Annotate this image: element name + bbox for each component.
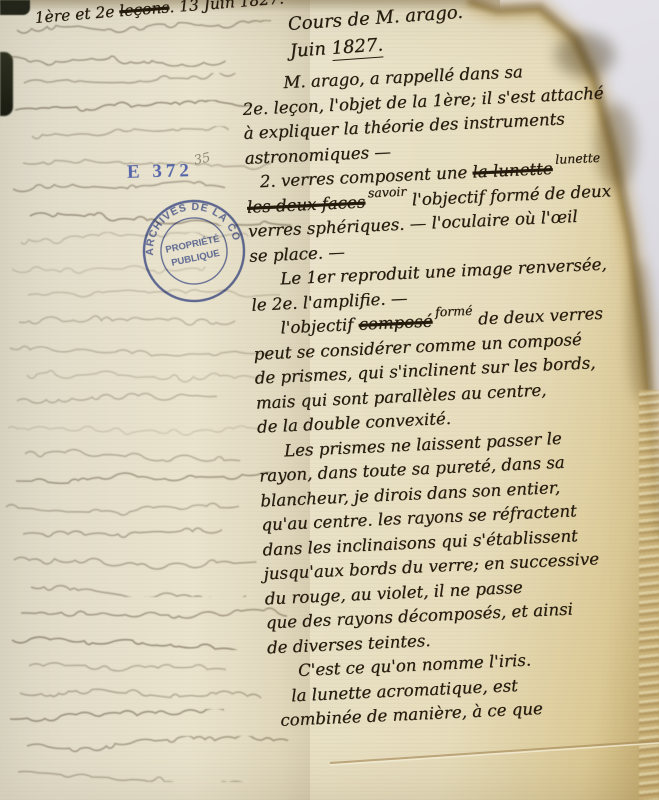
struck-word: la lunette [472,159,553,182]
bleed-line [12,550,263,570]
bleed-line [25,736,292,756]
interline-word: formé [435,303,473,320]
bleed-line [4,497,239,517]
bleed-line [14,471,283,491]
struck-word: les deux faces [247,192,366,216]
bleed-line [6,418,259,438]
archive-round-stamp: ARCHIVES DE LA COTE-D'OR PROPRIÉTÉ PUBLI… [130,187,258,315]
manuscript-body: M. arago, a rappellé dans sa2e. leçon, l… [241,56,659,736]
binding-clip-top-icon [0,0,30,15]
bleed-line [8,709,224,729]
bleed-line [21,524,222,544]
bleed-line [13,100,252,120]
bleed-line [8,338,278,358]
bleed-line [16,762,248,782]
struck-word: composé [358,312,433,334]
manuscript-photo: 1ère et 2e leçons. 13 Juin 1827. 35 E 37… [0,0,659,800]
bleed-line [15,391,217,411]
interline-word: lunette [555,150,601,167]
title-year: 1827. [331,34,384,61]
interline-word: savoir [367,183,406,200]
bleed-line [18,683,268,703]
bleed-line [25,365,261,385]
title-month: Juin [289,38,332,62]
bleed-line [30,126,234,146]
bleed-line [10,630,244,650]
bleed-line [23,444,241,464]
bleed-line [17,312,237,332]
bleed-line [19,603,287,623]
line-text: se place. — [249,242,345,265]
bleed-line [6,47,228,67]
shelfmark-stamp: E 372 [127,160,193,184]
bleed-line [27,656,226,676]
bleed-line [29,577,246,597]
line-text: l'objectif [280,315,359,338]
